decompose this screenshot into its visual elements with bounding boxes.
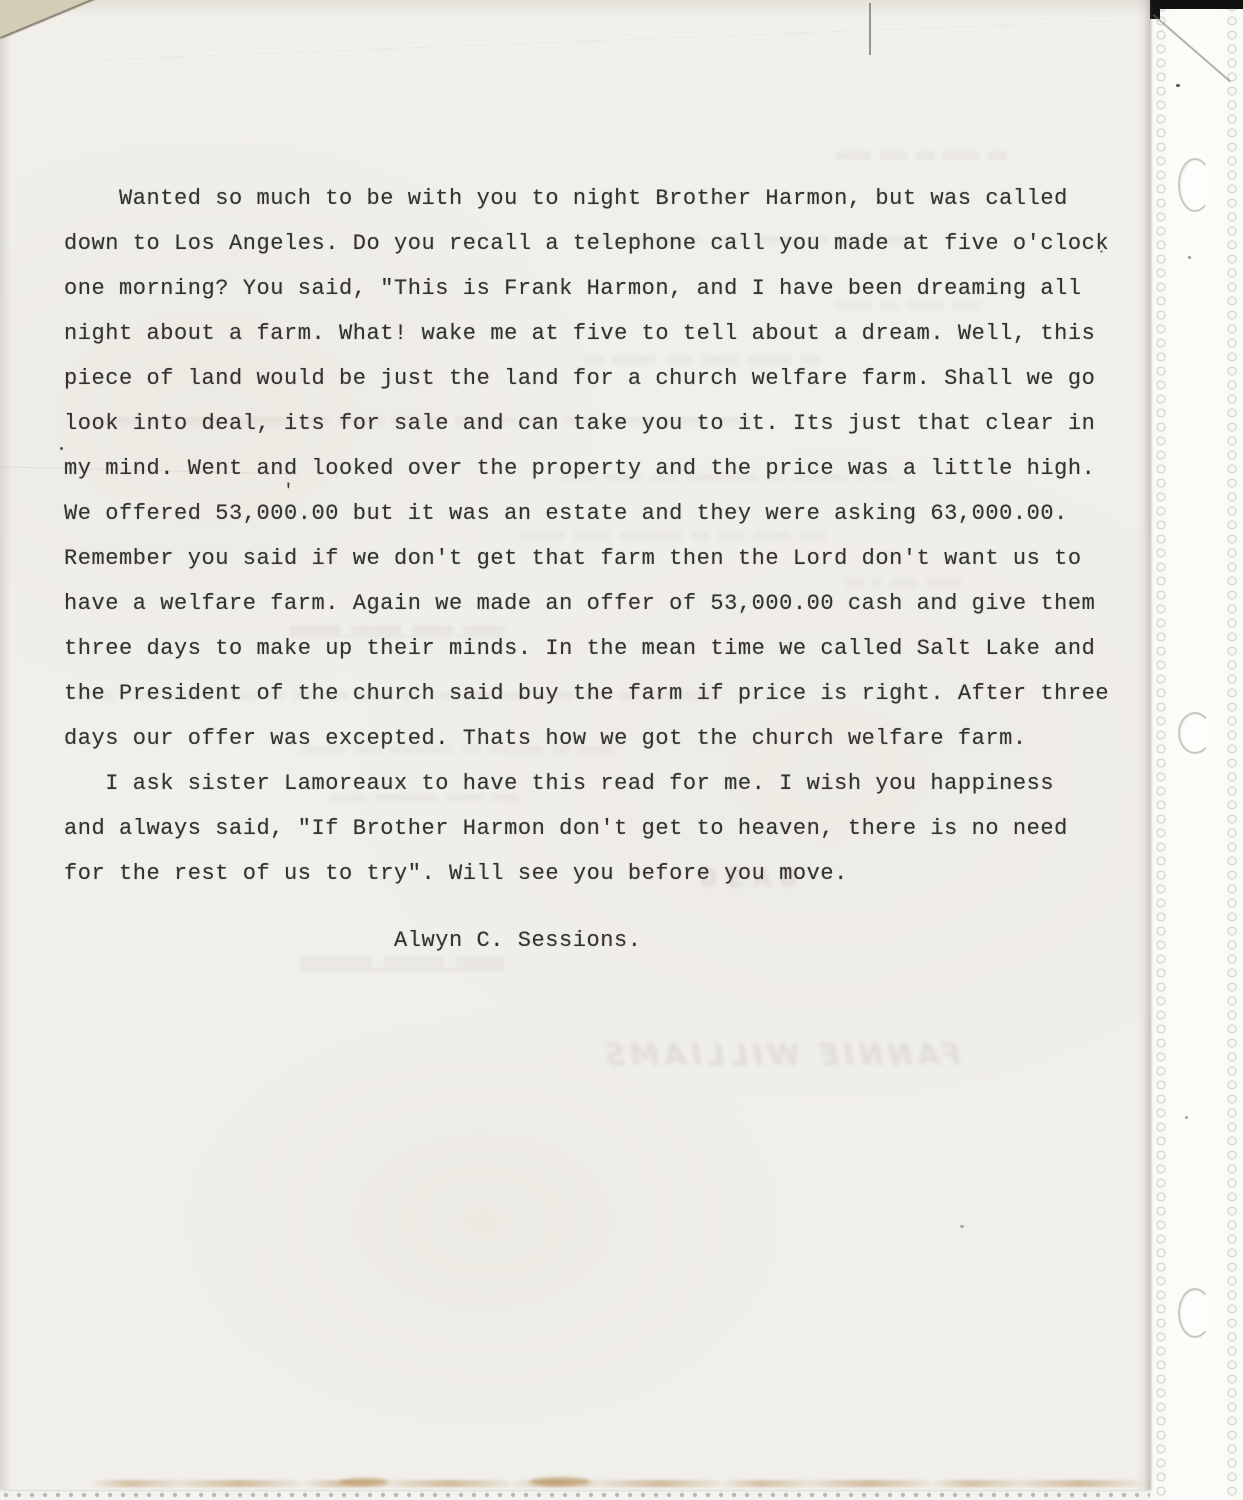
letter-paper: mm mmmm mm mmm mmmm mmmm mmm mm mmmmm mm…: [0, 0, 1150, 1490]
letter-line: I ask sister Lamoreaux to have this read…: [64, 761, 1124, 806]
letter-line: look into deal, its for sale and can tak…: [64, 401, 1124, 446]
letter-line: for the rest of us to try". Will see you…: [64, 851, 1124, 896]
bottom-edge-stain: [530, 1477, 590, 1486]
binder-hole: [1178, 712, 1212, 754]
letter-line: my mind. Went and looked over the proper…: [64, 446, 1124, 491]
paper-crease: [100, 18, 1144, 60]
stray-type-mark: ': [283, 482, 294, 502]
corner-fold: [0, 0, 97, 40]
letter-line: We offered 53,000.00 but it was an estat…: [64, 491, 1124, 536]
paper-speck: [1188, 256, 1191, 259]
signature-line: Alwyn C. Sessions.: [64, 918, 1124, 963]
letter-line: Wanted so much to be with you to night B…: [64, 176, 1124, 221]
scallop-edge-pattern: [1151, 0, 1171, 1500]
letter-line: night about a farm. What! wake me at fiv…: [64, 311, 1124, 356]
letter-line: one morning? You said, "This is Frank Ha…: [64, 266, 1124, 311]
letter-line: the President of the church said buy the…: [64, 671, 1124, 716]
bottom-sheet-edge: [0, 1489, 1150, 1500]
scan-black-edge: [1146, 0, 1243, 9]
bleed-through-signature: FANNIE WILLIAMS: [600, 1038, 960, 1073]
letter-body: Wanted so much to be with you to night B…: [64, 176, 1124, 963]
paper-speck: [1176, 84, 1180, 87]
letter-line: days our offer was excepted. Thats how w…: [64, 716, 1124, 761]
scanned-letter-page: mm mmmm mm mmm mmmm mmmm mmm mm mmmmm mm…: [0, 0, 1243, 1500]
letter-line: down to Los Angeles. Do you recall a tel…: [64, 221, 1124, 266]
paper-speck: [60, 447, 63, 450]
binder-hole: [1178, 1288, 1212, 1338]
letter-line: three days to make up their minds. In th…: [64, 626, 1124, 671]
scan-artifact: [869, 3, 871, 55]
letter-line: Remember you said if we don't get that f…: [64, 536, 1124, 581]
letter-line: piece of land would be just the land for…: [64, 356, 1124, 401]
paper-speck: [960, 1225, 964, 1228]
bleed-through-text: mm mmmm mm mmm mmmm: [835, 148, 1006, 165]
sheet-protector-edge: [1146, 0, 1243, 1500]
letter-line: and always said, "If Brother Harmon don'…: [64, 806, 1124, 851]
binder-hole: [1178, 158, 1212, 212]
bottom-edge-stain: [90, 1480, 1150, 1487]
letter-line: have a welfare farm. Again we made an of…: [64, 581, 1124, 626]
paper-speck: [1100, 250, 1103, 253]
bottom-edge-stain: [340, 1478, 388, 1486]
scallop-edge-pattern: [1222, 0, 1242, 1500]
paper-speck: [1185, 1116, 1188, 1119]
